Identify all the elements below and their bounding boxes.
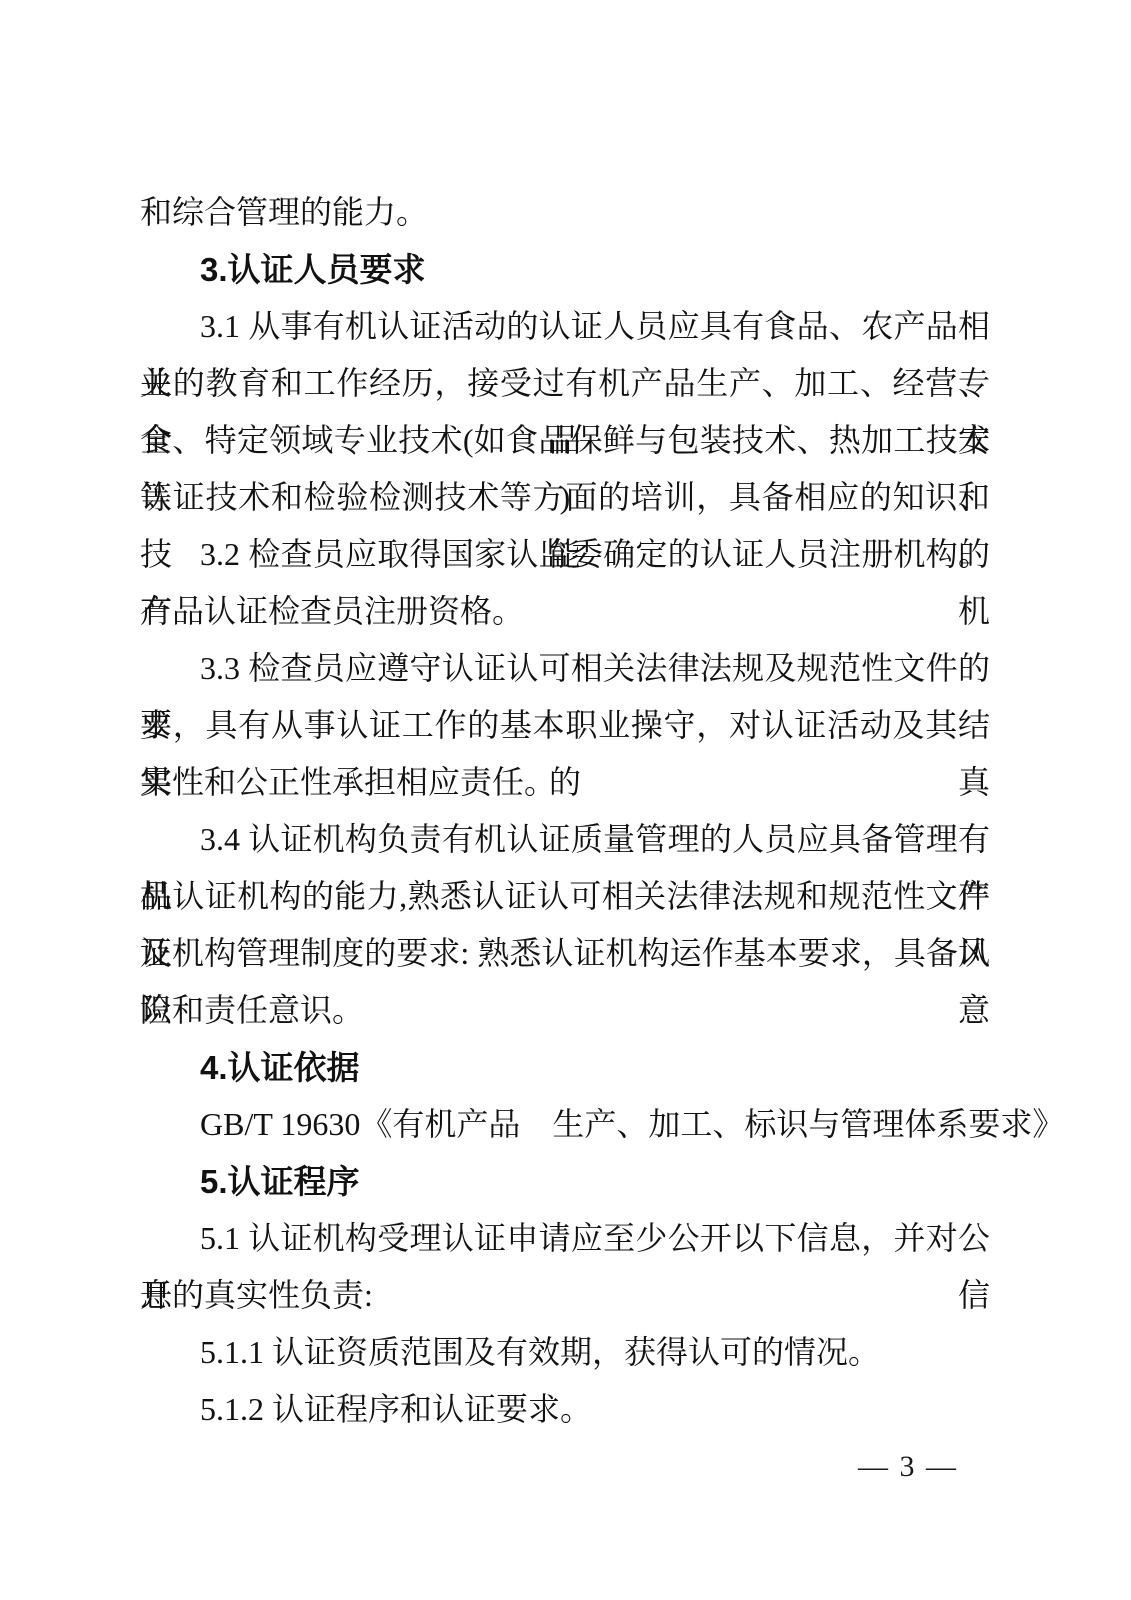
text-line: 全、特定领域专业技术(如食品保鲜与包装技术、热加工技术等)、 bbox=[140, 412, 990, 469]
text-line: 品认证机构的能力,熟悉认证认可相关法律法规和规范性文件及认 bbox=[140, 868, 990, 925]
document-text-block: 和综合管理的能力。 3.认证人员要求 3.1 从事有机认证活动的认证人员应具有食… bbox=[140, 184, 990, 1438]
section-heading-3: 3.认证人员要求 bbox=[140, 241, 990, 298]
text-line: 5.1 认证机构受理认证申请应至少公开以下信息，并对公开信 bbox=[140, 1210, 990, 1267]
text-line: 业的教育和工作经历，接受过有机产品生产、加工、经营、食品安 bbox=[140, 355, 990, 412]
text-line: 5.1.1 认证资质范围及有效期，获得认可的情况。 bbox=[140, 1324, 990, 1381]
section-heading-5: 5.认证程序 bbox=[140, 1153, 990, 1210]
section-heading-4: 4.认证依据 bbox=[140, 1039, 990, 1096]
document-page: 和综合管理的能力。 3.认证人员要求 3.1 从事有机认证活动的认证人员应具有食… bbox=[0, 0, 1131, 1600]
text-line: 5.1.2 认证程序和认证要求。 bbox=[140, 1381, 990, 1438]
text-line: 求，具有从事认证工作的基本职业操守，对认证活动及其结果的真 bbox=[140, 697, 990, 754]
text-line: 3.3 检查员应遵守认证认可相关法律法规及规范性文件的要 bbox=[140, 640, 990, 697]
text-line: 证机构管理制度的要求: 熟悉认证机构运作基本要求，具备风险意 bbox=[140, 925, 990, 982]
text-line: 和综合管理的能力。 bbox=[140, 184, 990, 241]
text-line: 认证技术和检验检测技术等方面的培训，具备相应的知识和技能。 bbox=[140, 469, 990, 526]
text-line: 3.2 检查员应取得国家认监委确定的认证人员注册机构的有机 bbox=[140, 526, 990, 583]
page-number: — 3 — bbox=[858, 1442, 958, 1492]
text-line-standard-ref: GB/T 19630《有机产品 生产、加工、标识与管理体系要求》 bbox=[140, 1096, 990, 1153]
text-line: 3.1 从事有机认证活动的认证人员应具有食品、农产品相关专 bbox=[140, 298, 990, 355]
text-line: 3.4 认证机构负责有机认证质量管理的人员应具备管理有机产 bbox=[140, 811, 990, 868]
